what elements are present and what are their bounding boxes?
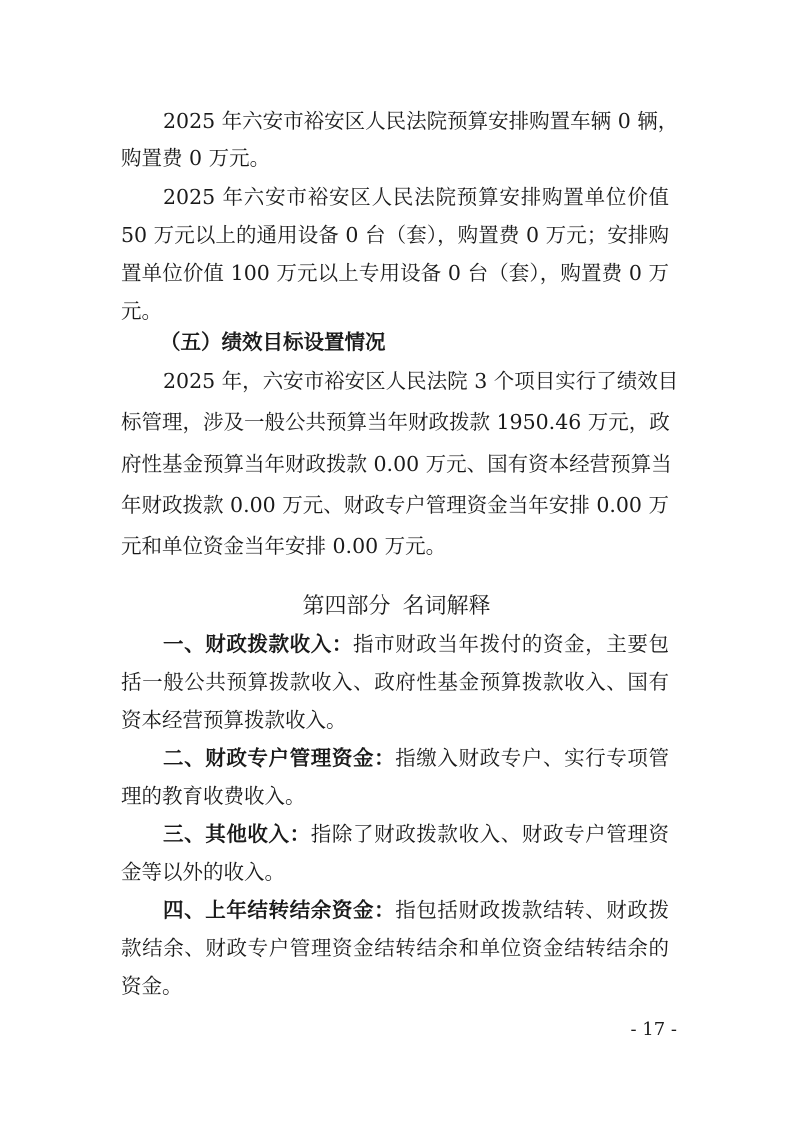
paragraph-equipment-line-4: 元。 bbox=[121, 298, 669, 324]
section-title: 第四部分名词解释 bbox=[0, 593, 793, 621]
term-2-line-1: 二、财政专户管理资金：指缴入财政专户、实行专项管 bbox=[163, 745, 669, 771]
paragraph-performance-line-4: 年财政拨款 0.00 万元、财政专户管理资金当年安排 0.00 万 bbox=[121, 492, 669, 518]
paragraph-equipment-line-2: 50 万元以上的通用设备 0 台（套），购置费 0 万元；安排购 bbox=[121, 222, 669, 248]
term-2-line-2: 理的教育收费收入。 bbox=[121, 783, 669, 809]
paragraph-performance-line-5: 元和单位资金当年安排 0.00 万元。 bbox=[121, 533, 669, 559]
term-2-label: 二、财政专户管理资金： bbox=[163, 746, 395, 770]
term-1-line-3: 资本经营预算拨款收入。 bbox=[121, 707, 669, 733]
term-3-label: 三、其他收入： bbox=[163, 822, 311, 846]
paragraph-performance-line-2: 标管理，涉及一般公共预算当年财政拨款 1950.46 万元，政 bbox=[121, 409, 669, 435]
term-4-line-2: 款结余、财政专户管理资金结转结余和单位资金结转结余的 bbox=[121, 935, 669, 961]
paragraph-performance-line-1: 2025 年，六安市裕安区人民法院 3 个项目实行了绩效目 bbox=[163, 368, 669, 394]
term-1-line-1: 一、财政拨款收入：指市财政当年拨付的资金，主要包 bbox=[163, 631, 669, 657]
term-3-line-2: 金等以外的收入。 bbox=[121, 859, 669, 885]
section-part: 第四部分 bbox=[302, 594, 390, 619]
subheading-performance-goals: （五）绩效目标设置情况 bbox=[160, 329, 386, 355]
term-2-definition-start: 指缴入财政专户、实行专项管 bbox=[395, 746, 669, 770]
paragraph-equipment-line-3: 置单位价值 100 万元以上专用设备 0 台（套），购置费 0 万 bbox=[121, 260, 669, 286]
paragraph-vehicles-line-1: 2025 年六安市裕安区人民法院预算安排购置车辆 0 辆， bbox=[163, 108, 669, 134]
term-1-line-2: 括一般公共预算拨款收入、政府性基金预算拨款收入、国有 bbox=[121, 669, 669, 695]
paragraph-vehicles-line-2: 购置费 0 万元。 bbox=[121, 145, 669, 171]
page-number: - 17 - bbox=[630, 1018, 677, 1042]
section-name: 名词解释 bbox=[403, 594, 491, 619]
document-page: 2025 年六安市裕安区人民法院预算安排购置车辆 0 辆， 购置费 0 万元。 … bbox=[0, 0, 793, 1122]
term-3-line-1: 三、其他收入：指除了财政拨款收入、财政专户管理资 bbox=[163, 821, 669, 847]
term-4-definition-start: 指包括财政拨款结转、财政拨 bbox=[395, 898, 669, 922]
paragraph-performance-line-3: 府性基金预算当年财政拨款 0.00 万元、国有资本经营预算当 bbox=[121, 451, 669, 477]
paragraph-equipment-line-1: 2025 年六安市裕安区人民法院预算安排购置单位价值 bbox=[163, 184, 669, 210]
term-4-line-3: 资金。 bbox=[121, 973, 669, 999]
term-4-line-1: 四、上年结转结余资金：指包括财政拨款结转、财政拨 bbox=[163, 897, 669, 923]
term-4-label: 四、上年结转结余资金： bbox=[163, 898, 395, 922]
term-3-definition-start: 指除了财政拨款收入、财政专户管理资 bbox=[311, 822, 669, 846]
term-1-definition-start: 指市财政当年拨付的资金，主要包 bbox=[353, 632, 669, 656]
term-1-label: 一、财政拨款收入： bbox=[163, 632, 353, 656]
